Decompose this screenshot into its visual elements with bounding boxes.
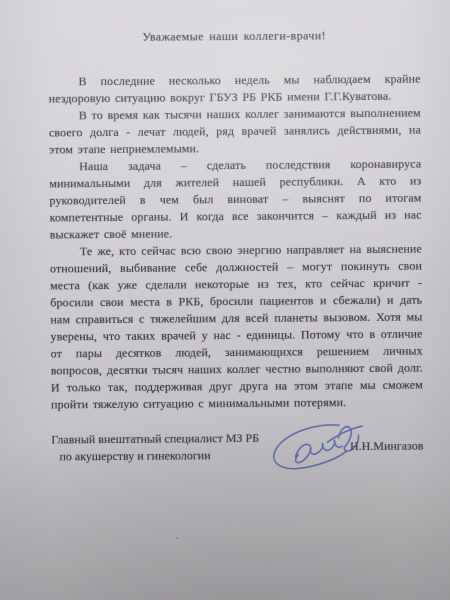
paragraph-1: В последние несколько недель мы наблюдае… [48, 71, 420, 108]
letter-title: Уважаемые наши коллеги-врачи! [48, 27, 420, 47]
paragraph-3: Наша задача – сделать последствия корона… [49, 156, 422, 244]
paragraph-4: Те же, кто сейчас всю свою энергию напра… [50, 241, 423, 414]
signature-block: Главный внештатный специалист МЗ РБ по а… [51, 429, 424, 512]
letter-content: Уважаемые наши коллеги-врачи! В последни… [48, 27, 424, 512]
signoff-position-line2: по акушерству и гинекологии [59, 447, 210, 465]
photographed-letter-page: Уважаемые наши коллеги-врачи! В последни… [0, 0, 450, 600]
paper-speck [176, 537, 178, 539]
signoff-name: Н.Н.Мингазов [350, 438, 424, 456]
paragraph-2: В то время как тысячи наших коллег заним… [49, 105, 421, 159]
signoff-position-line1: Главный внештатный специалист МЗ РБ [51, 430, 259, 449]
